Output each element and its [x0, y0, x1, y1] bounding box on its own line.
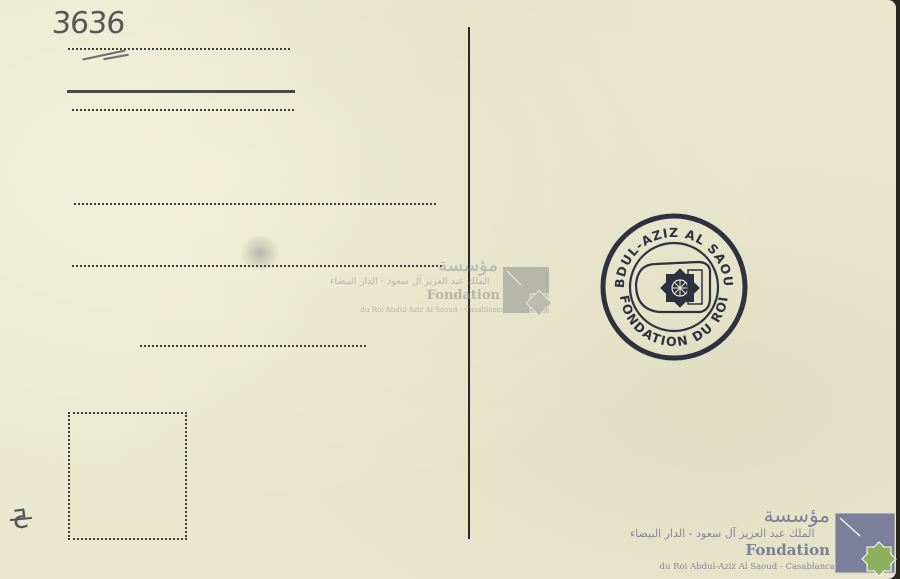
- watermark-french-title: Fondation: [700, 541, 830, 559]
- inventory-number: 3636: [51, 6, 126, 41]
- address-line: [72, 109, 294, 111]
- ink-smudge: [238, 236, 282, 270]
- margin-mark: 5: [10, 504, 31, 536]
- postcard-back: 3636 5 ABDUL-AZIZ AL SAOUD FONDATION DU …: [0, 0, 896, 579]
- watermark-arabic-subtitle: الملك عبد العزيز آل سعود - الدار البيضاء: [630, 527, 830, 540]
- foundation-logo-icon: [835, 513, 897, 579]
- stamp-seal-icon: ABDUL-AZIZ AL SAOUD FONDATION DU ROI: [598, 212, 750, 362]
- watermark-french-subtitle: du Roi Abdul-Aziz Al Saoud - Casablanca: [620, 562, 835, 572]
- address-line: [140, 345, 366, 347]
- watermark-arabic-subtitle: الملك عبد العزيز آل سعود - الدار البيضاء: [330, 276, 498, 287]
- watermark-french-title: Fondation: [400, 288, 500, 303]
- watermark-arabic-title: مؤسسة: [700, 503, 830, 527]
- address-line: [74, 203, 436, 205]
- stamp-placeholder-box: [68, 412, 187, 540]
- address-line: [68, 48, 290, 50]
- foundation-logo-icon: [503, 267, 551, 321]
- svg-text:FONDATION DU ROI: FONDATION DU ROI: [617, 294, 731, 349]
- foundation-ink-stamp: ABDUL-AZIZ AL SAOUD FONDATION DU ROI: [598, 212, 750, 362]
- address-line: [67, 90, 295, 93]
- watermark-french-subtitle: du Roi Abdul-Aziz Al Saoud - Casablanca: [330, 306, 505, 314]
- watermark-arabic-title: مؤسسة: [380, 255, 498, 276]
